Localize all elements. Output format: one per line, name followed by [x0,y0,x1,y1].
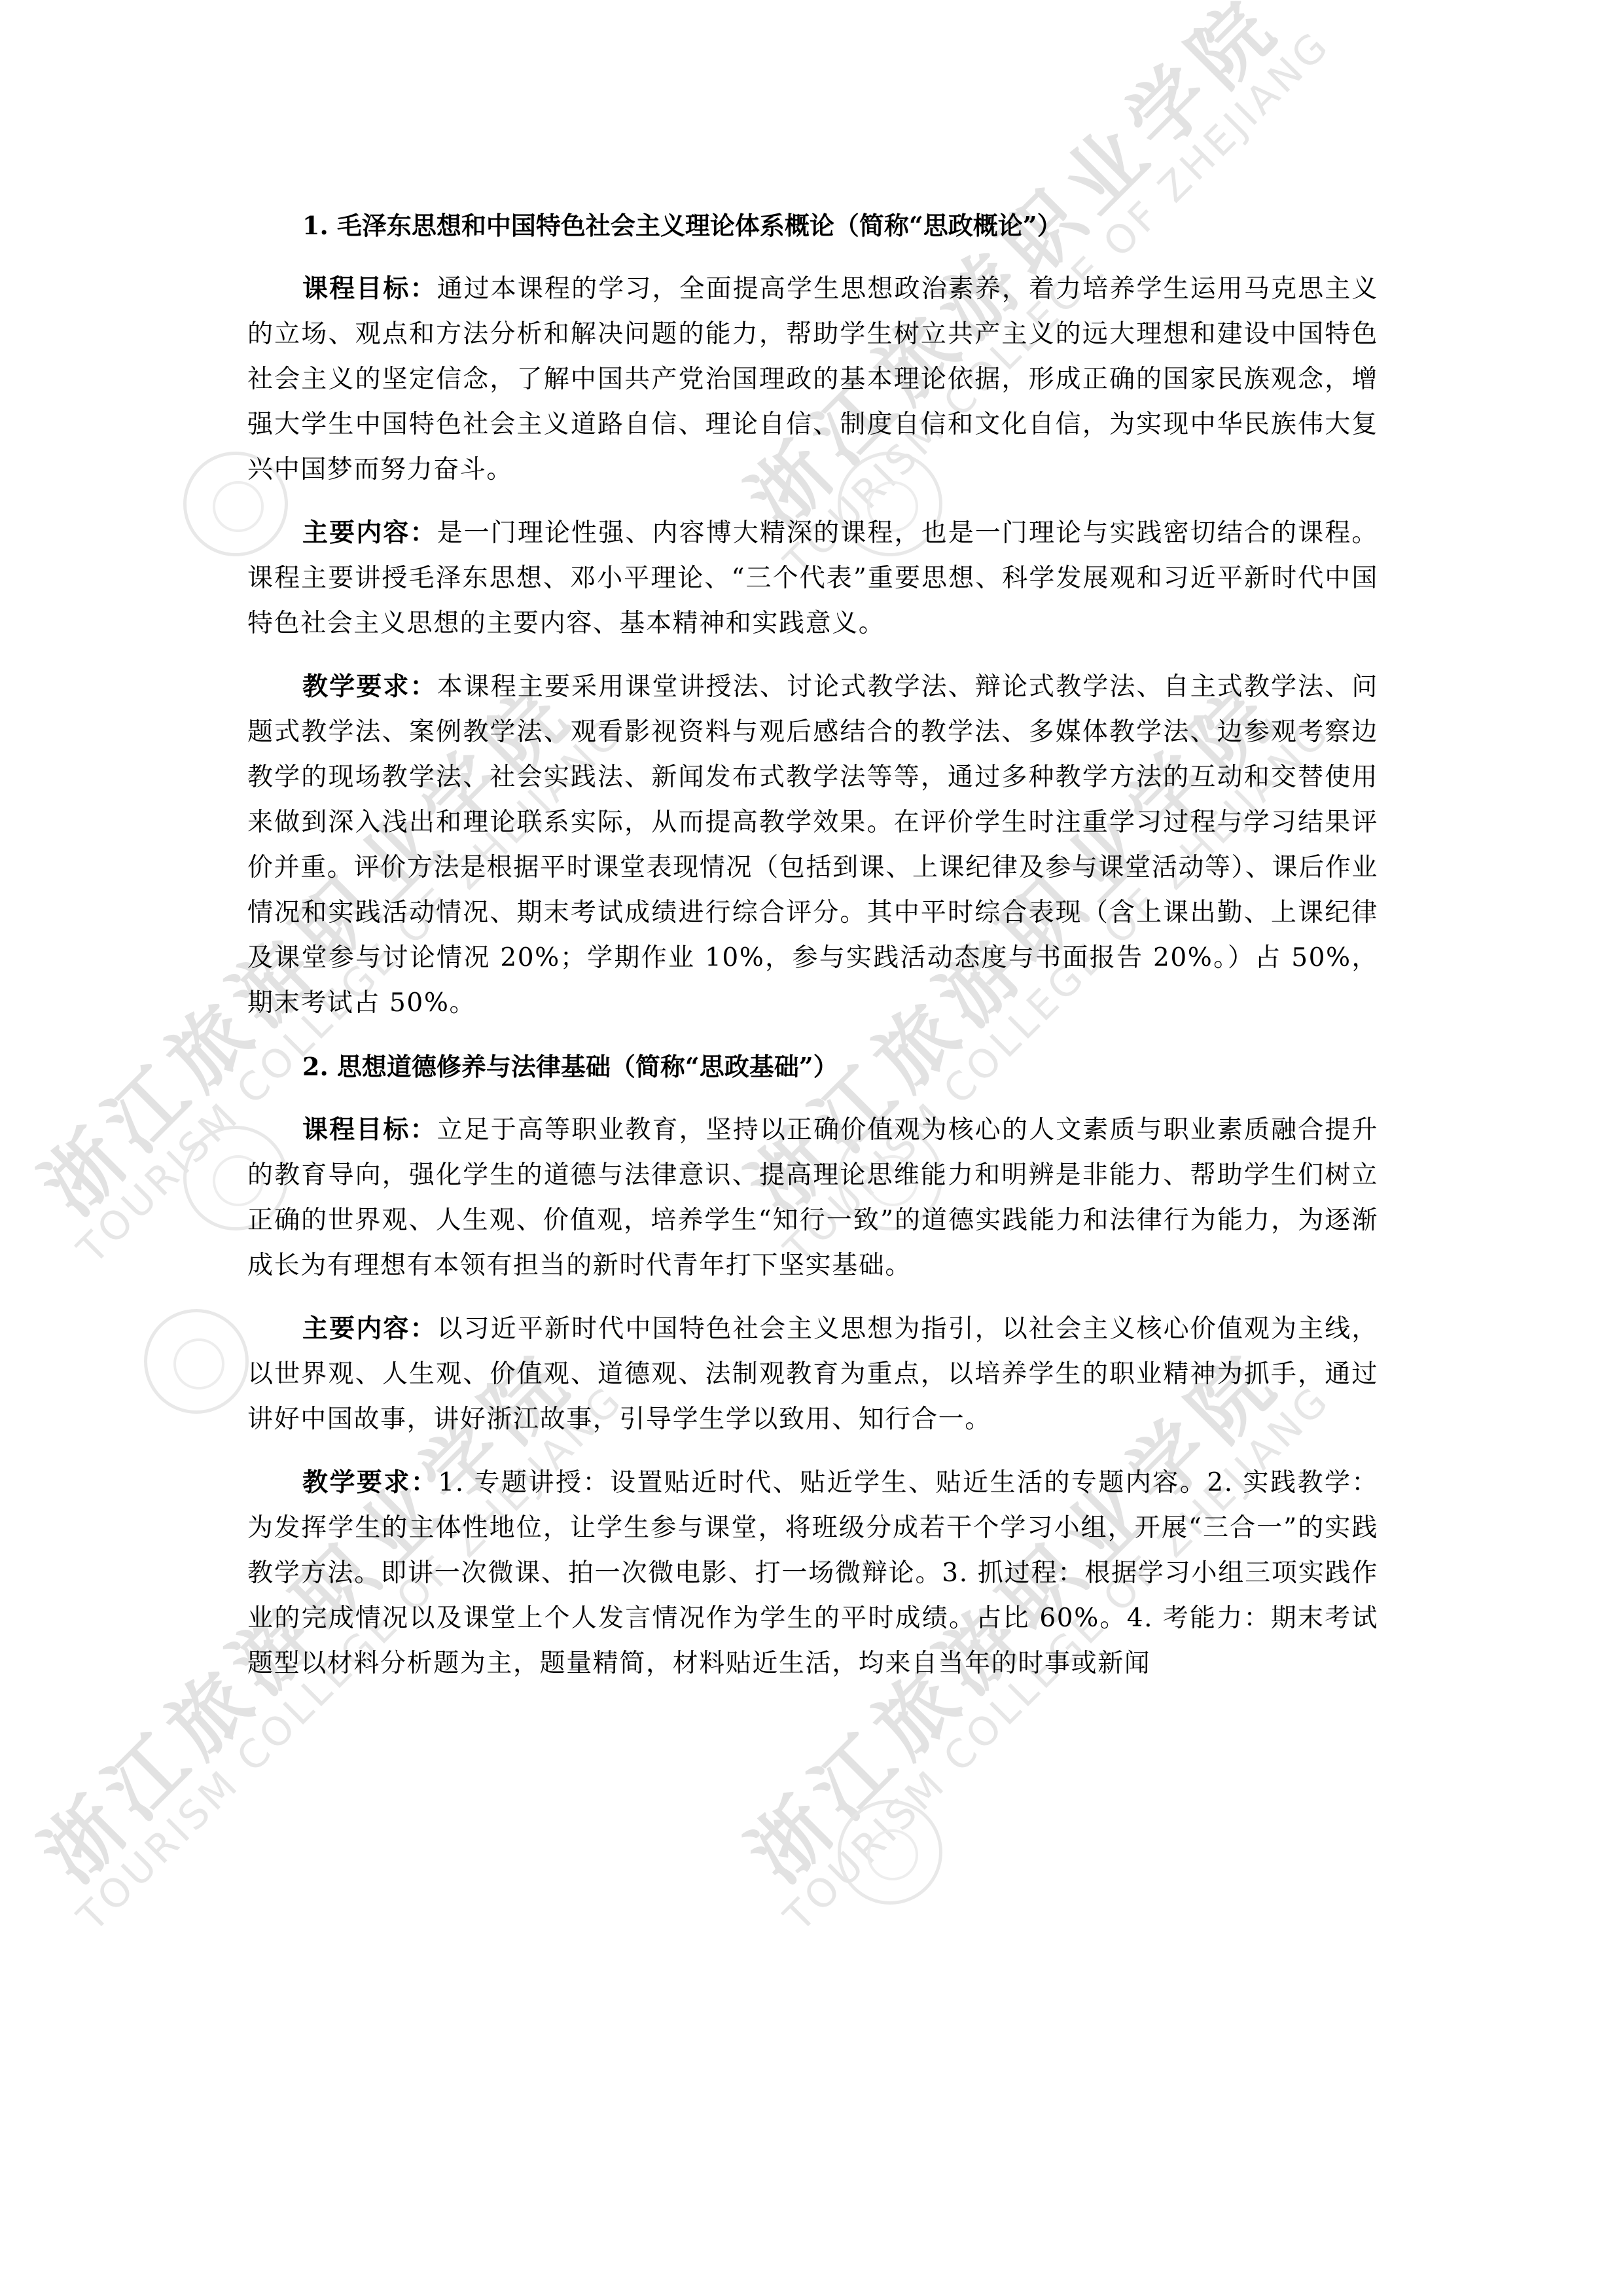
main-content-paragraph: 主要内容：是一门理论性强、内容博大精深的课程，也是一门理论与实践密切结合的课程。… [247,511,1378,646]
paragraph-label: 教学要求： [302,1467,438,1498]
paragraph-label: 主要内容： [302,518,437,548]
paragraph-label: 课程目标： [302,1115,437,1145]
college-seal-icon [144,1309,249,1414]
teaching-requirements-paragraph: 教学要求：本课程主要采用课堂讲授法、讨论式教学法、辩论式教学法、自主式教学法、问… [247,664,1378,1026]
course-objective-paragraph: 课程目标：立足于高等职业教育，坚持以正确价值观为核心的人文素质与职业素质融合提升… [247,1107,1378,1288]
paragraph-text: 1. 专题讲授：设置贴近时代、贴近学生、贴近生活的专题内容。2. 实践教学：为发… [247,1468,1378,1678]
paragraph-label: 主要内容： [302,1314,437,1344]
course-section-1: 1. 毛泽东思想和中国特色社会主义理论体系概论（简称“思政概论”） 课程目标：通… [247,203,1378,1026]
course-title: 2. 思想道德修养与法律基础（简称“思政基础”） [247,1044,1378,1089]
paragraph-label: 课程目标： [302,274,437,304]
course-title: 1. 毛泽东思想和中国特色社会主义理论体系概论（简称“思政概论”） [247,203,1378,248]
teaching-requirements-paragraph: 教学要求：1. 专题讲授：设置贴近时代、贴近学生、贴近生活的专题内容。2. 实践… [247,1460,1378,1686]
course-objective-paragraph: 课程目标：通过本课程的学习，全面提高学生思想政治素养，着力培养学生运用马克思主义… [247,266,1378,492]
course-section-2: 2. 思想道德修养与法律基础（简称“思政基础”） 课程目标：立足于高等职业教育，… [247,1044,1378,1686]
college-seal-icon [838,1800,942,1905]
paragraph-label: 教学要求： [302,672,437,702]
paragraph-text: 通过本课程的学习，全面提高学生思想政治素养，着力培养学生运用马克思主义的立场、观… [247,274,1378,484]
paragraph-text: 本课程主要采用课堂讲授法、讨论式教学法、辩论式教学法、自主式教学法、问题式教学法… [247,672,1378,1018]
main-content-paragraph: 主要内容：以习近平新时代中国特色社会主义思想为指引，以社会主义核心价值观为主线，… [247,1306,1378,1442]
document-page: 1. 毛泽东思想和中国特色社会主义理论体系概论（简称“思政概论”） 课程目标：通… [247,203,1378,1704]
